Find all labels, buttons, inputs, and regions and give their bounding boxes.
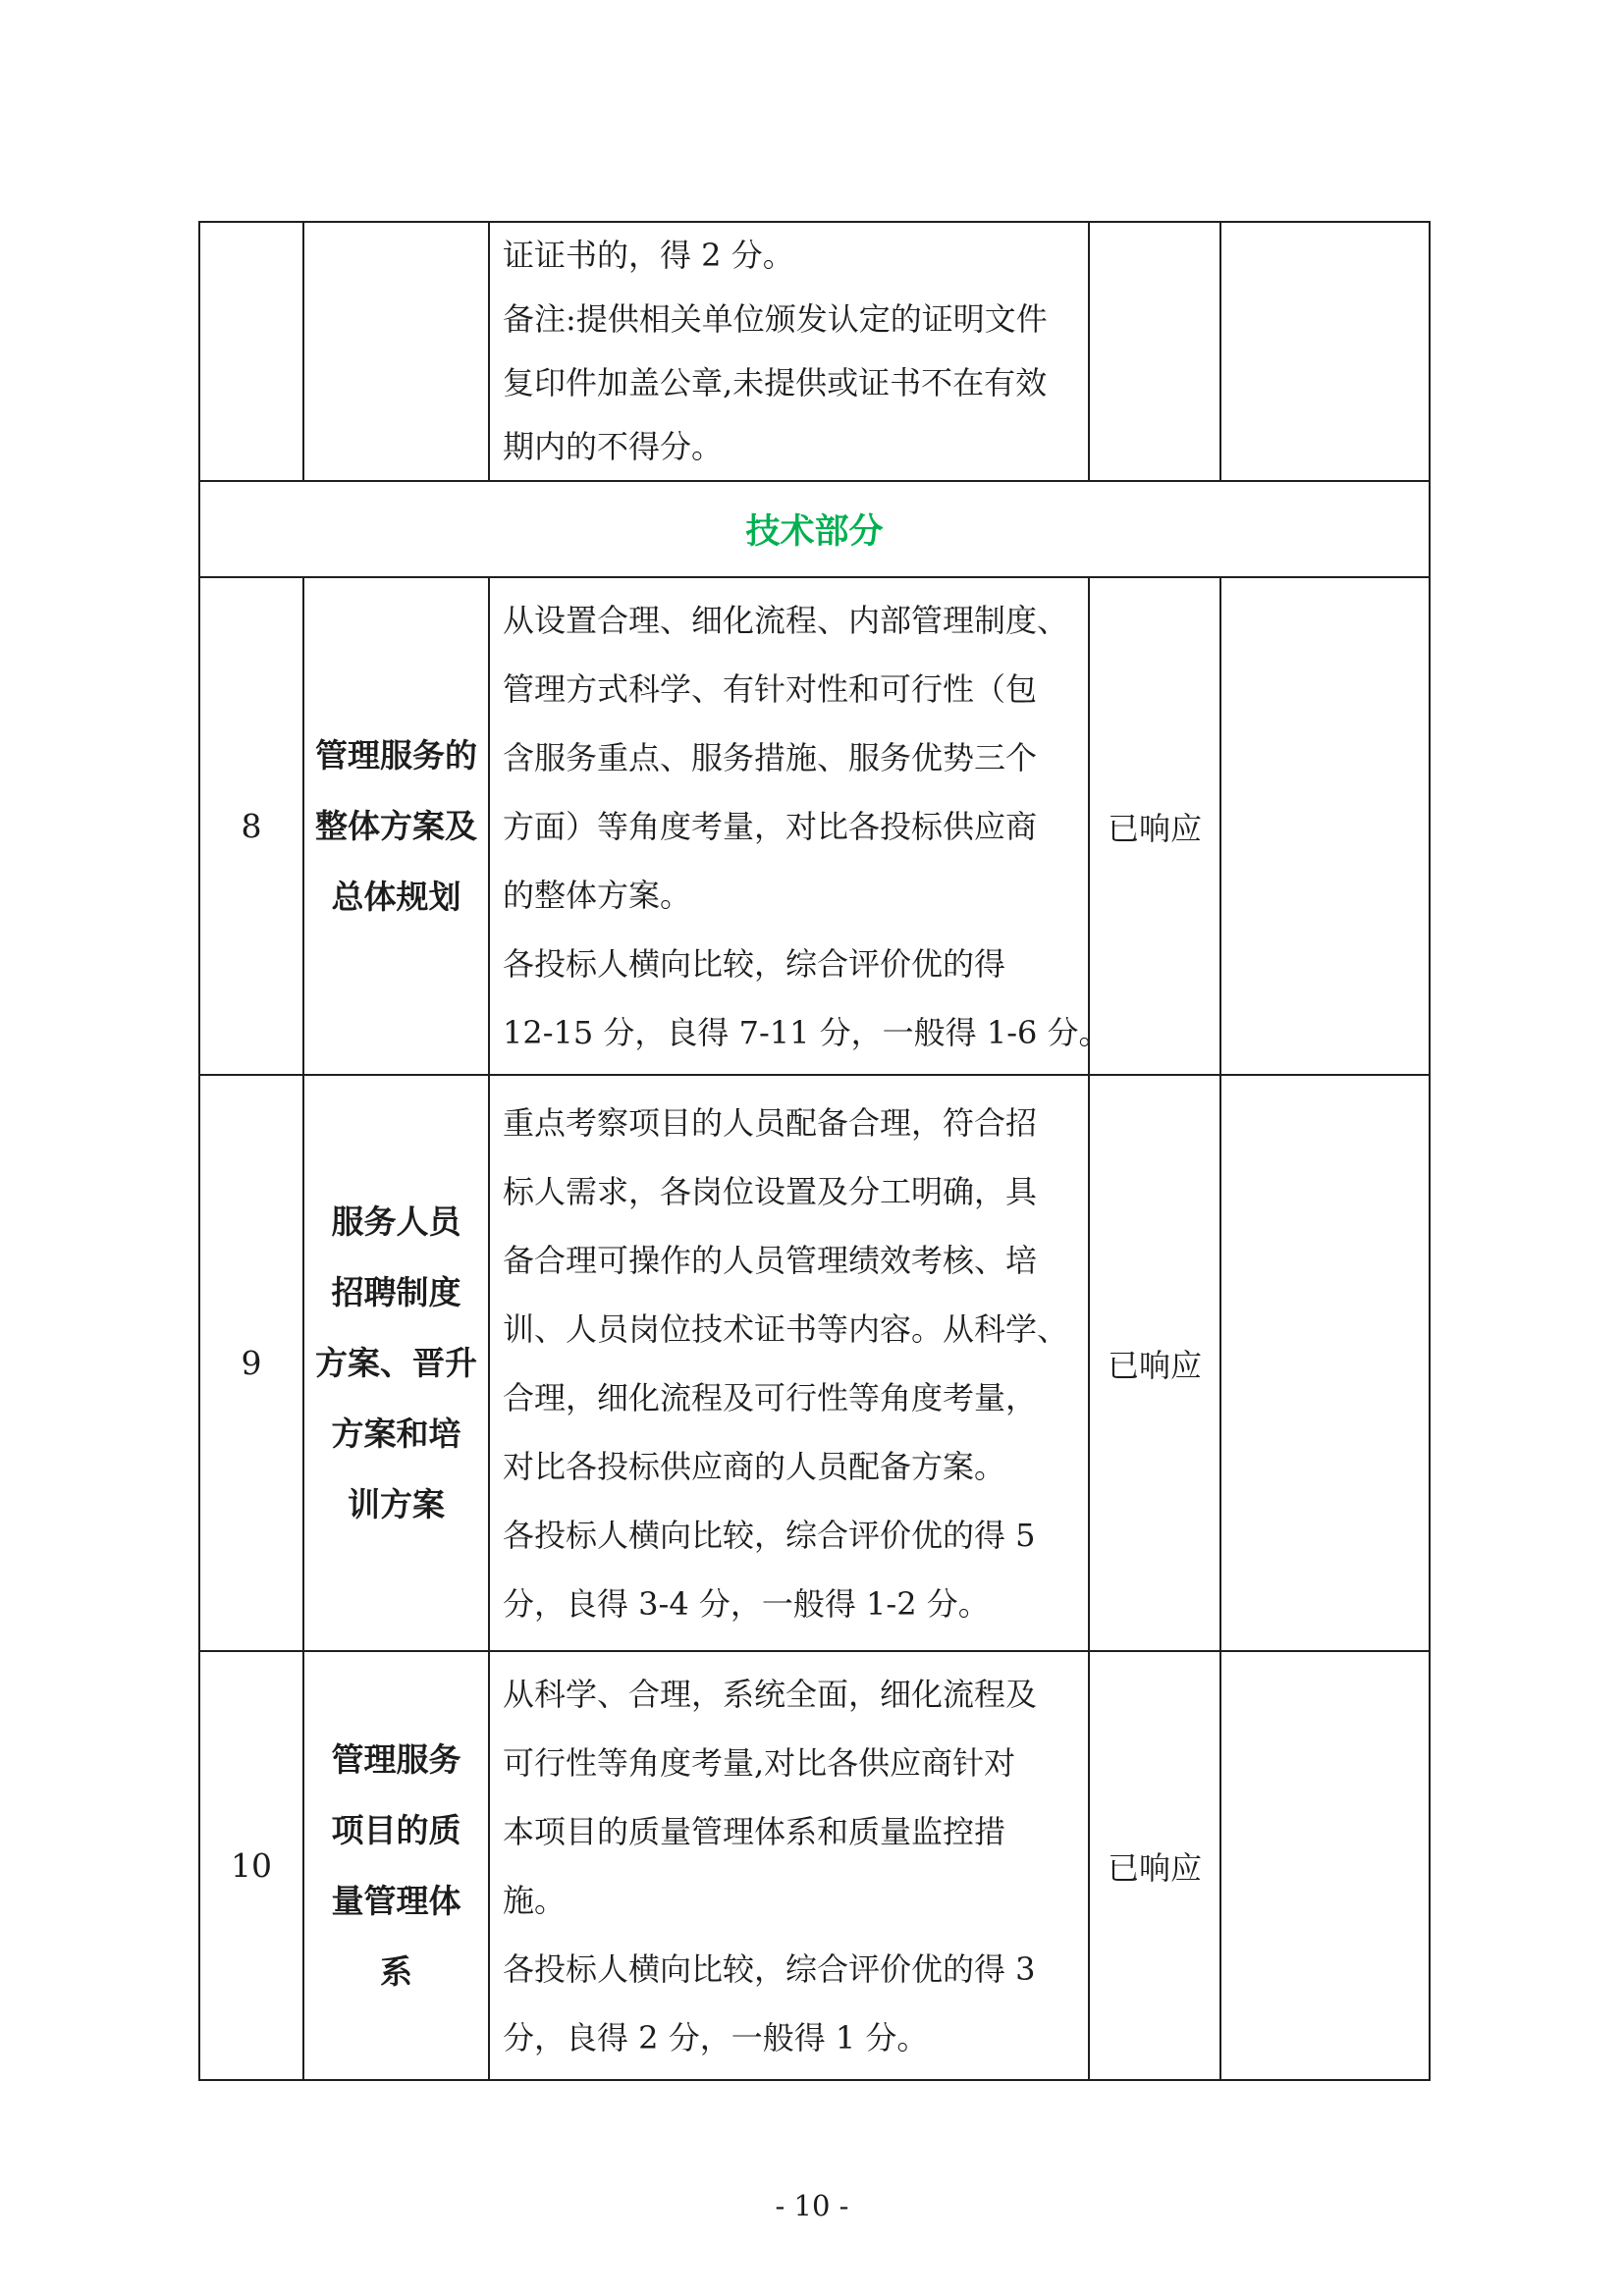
text-line: 可行性等角度考量,对比各供应商针对 [503, 1729, 1075, 1797]
text-line: 项目的质 [304, 1795, 488, 1866]
row-number-cell: 8 [199, 577, 303, 1075]
text-line: 含服务重点、服务措施、服务优势三个 [503, 723, 1075, 792]
response-cell [1089, 222, 1220, 481]
text-line: 服务人员 [304, 1187, 488, 1257]
description-cell: 从设置合理、细化流程、内部管理制度、管理方式科学、有针对性和可行性（包含服务重点… [489, 577, 1089, 1075]
response-cell: 已响应 [1089, 1075, 1220, 1651]
text-line: 从设置合理、细化流程、内部管理制度、 [503, 586, 1075, 655]
text-line: 各投标人横向比较，综合评价优的得 5 [503, 1501, 1075, 1570]
text-line: 本项目的质量管理体系和质量监控措 [503, 1797, 1075, 1866]
text-line: 管理服务的 [304, 721, 488, 791]
criterion-title: 管理服务的整体方案及总体规划 [304, 721, 488, 933]
text-line: 施。 [503, 1866, 1075, 1935]
criterion-title: 管理服务项目的质量管理体系 [304, 1725, 488, 2007]
criterion-title: 服务人员招聘制度方案、晋升方案和培训方案 [304, 1187, 488, 1540]
text-line: 量管理体 [304, 1866, 488, 1937]
text-line: 标人需求，各岗位设置及分工明确，具 [503, 1157, 1075, 1226]
criterion-title-cell [303, 222, 489, 481]
text-line: 期内的不得分。 [503, 415, 1075, 479]
description-cell: 证证书的，得 2 分。备注:提供相关单位颁发认定的证明文件复印件加盖公章,未提供… [489, 222, 1089, 481]
description-cell: 从科学、合理，系统全面，细化流程及可行性等角度考量,对比各供应商针对本项目的质量… [489, 1651, 1089, 2080]
page-number: - 10 - [0, 2189, 1624, 2222]
criterion-title-cell: 管理服务的整体方案及总体规划 [303, 577, 489, 1075]
text-line: 重点考察项目的人员配备合理，符合招 [503, 1089, 1075, 1157]
score-cell [1220, 1651, 1430, 2080]
criterion-description: 重点考察项目的人员配备合理，符合招标人需求，各岗位设置及分工明确，具备合理可操作… [503, 1089, 1075, 1638]
text-line: 备合理可操作的人员管理绩效考核、培 [503, 1226, 1075, 1295]
text-line: 招聘制度 [304, 1257, 488, 1328]
text-line: 系 [304, 1937, 488, 2007]
text-line: 复印件加盖公章,未提供或证书不在有效 [503, 351, 1075, 415]
criterion-description: 从科学、合理，系统全面，细化流程及可行性等角度考量,对比各供应商针对本项目的质量… [503, 1660, 1075, 2072]
text-line: 方面）等角度考量，对比各投标供应商 [503, 792, 1075, 861]
text-line: 合理，细化流程及可行性等角度考量， [503, 1363, 1075, 1432]
table-row: 10 管理服务项目的质量管理体系 从科学、合理，系统全面，细化流程及可行性等角度… [199, 1651, 1430, 2080]
section-header-row: 技术部分 [199, 481, 1430, 577]
document-page: 证证书的，得 2 分。备注:提供相关单位颁发认定的证明文件复印件加盖公章,未提供… [0, 0, 1624, 2296]
criterion-title-cell: 服务人员招聘制度方案、晋升方案和培训方案 [303, 1075, 489, 1651]
text-line: 方案和培 [304, 1399, 488, 1469]
text-line: 12-15 分，良得 7-11 分，一般得 1-6 分。 [503, 998, 1075, 1067]
text-line: 管理方式科学、有针对性和可行性（包 [503, 655, 1075, 723]
response-status: 已响应 [1108, 1849, 1202, 1887]
text-line: 分，良得 2 分，一般得 1 分。 [503, 2003, 1075, 2072]
score-cell [1220, 577, 1430, 1075]
text-line: 各投标人横向比较，综合评价优的得 3 [503, 1935, 1075, 2003]
text-line: 各投标人横向比较，综合评价优的得 [503, 930, 1075, 998]
row-number: 8 [242, 807, 262, 845]
row-number-cell [199, 222, 303, 481]
response-cell: 已响应 [1089, 577, 1220, 1075]
text-line: 从科学、合理，系统全面，细化流程及 [503, 1660, 1075, 1729]
text-line: 方案、晋升 [304, 1328, 488, 1399]
text-line: 备注:提供相关单位颁发认定的证明文件 [503, 288, 1075, 351]
response-status: 已响应 [1108, 810, 1202, 847]
score-cell [1220, 222, 1430, 481]
text-line: 训方案 [304, 1469, 488, 1540]
table-row: 8 管理服务的整体方案及总体规划 从设置合理、细化流程、内部管理制度、管理方式科… [199, 577, 1430, 1075]
row-number: 9 [242, 1344, 262, 1382]
row-number: 10 [231, 1846, 272, 1885]
score-cell [1220, 1075, 1430, 1651]
criterion-title-cell: 管理服务项目的质量管理体系 [303, 1651, 489, 2080]
text-line: 总体规划 [304, 862, 488, 933]
text-line: 证证书的，得 2 分。 [503, 224, 1075, 288]
table-row-continuation: 证证书的，得 2 分。备注:提供相关单位颁发认定的证明文件复印件加盖公章,未提供… [199, 222, 1430, 481]
response-status: 已响应 [1108, 1347, 1202, 1384]
text-line: 管理服务 [304, 1725, 488, 1795]
row-number-cell: 9 [199, 1075, 303, 1651]
text-line: 的整体方案。 [503, 861, 1075, 930]
text-line: 训、人员岗位技术证书等内容。从科学、 [503, 1295, 1075, 1363]
response-cell: 已响应 [1089, 1651, 1220, 2080]
description-cell: 重点考察项目的人员配备合理，符合招标人需求，各岗位设置及分工明确，具备合理可操作… [489, 1075, 1089, 1651]
section-header: 技术部分 [199, 481, 1430, 577]
table-row: 9 服务人员招聘制度方案、晋升方案和培训方案 重点考察项目的人员配备合理，符合招… [199, 1075, 1430, 1651]
text-line: 整体方案及 [304, 791, 488, 862]
row-number-cell: 10 [199, 1651, 303, 2080]
criterion-description: 从设置合理、细化流程、内部管理制度、管理方式科学、有针对性和可行性（包含服务重点… [503, 586, 1075, 1067]
text-line: 分，良得 3-4 分，一般得 1-2 分。 [503, 1570, 1075, 1638]
evaluation-table: 证证书的，得 2 分。备注:提供相关单位颁发认定的证明文件复印件加盖公章,未提供… [198, 221, 1431, 2081]
text-line: 对比各投标供应商的人员配备方案。 [503, 1432, 1075, 1501]
